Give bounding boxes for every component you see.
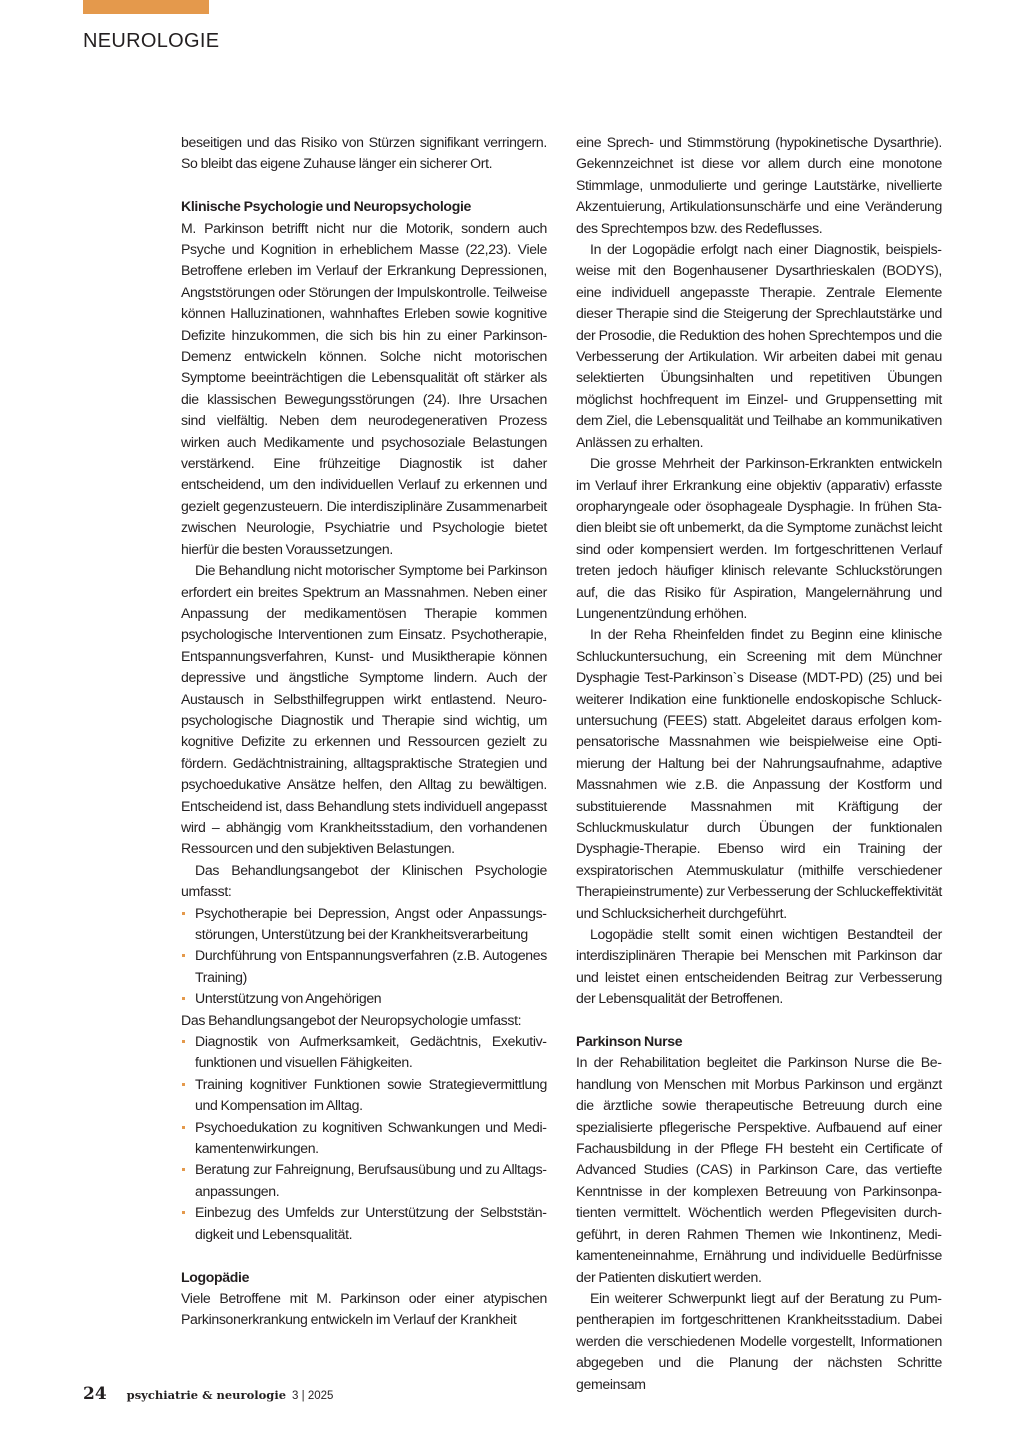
paragraph: In der Rehabilitation begleitet die Park… <box>576 1052 942 1287</box>
list-item: Beratung zur Fahreignung, Berufsausübung… <box>181 1159 547 1202</box>
list-klinische-psychologie: Psychotherapie bei Depression, Angst ode… <box>181 903 547 1010</box>
header-accent-bar <box>83 0 209 14</box>
paragraph: Ein weiterer Schwerpunkt liegt auf der B… <box>576 1288 942 1395</box>
heading-parkinson-nurse: Parkinson Nurse <box>576 1031 942 1052</box>
list-item: Durchführung von Entspannungsverfahren (… <box>181 945 547 988</box>
heading-klinische-psychologie: Klinische Psychologie und Neuropsycholog… <box>181 196 547 217</box>
paragraph: In der Reha Rheinfelden findet zu Beginn… <box>576 624 942 924</box>
paragraph: M. Parkinson betrifft nicht nur die Moto… <box>181 218 547 561</box>
paragraph: Das Behandlungsangebot der Klinischen Ps… <box>181 860 547 903</box>
heading-logopaedie: Logopädie <box>181 1267 547 1288</box>
list-item: Psychoedukation zu kognitiven Schwankung… <box>181 1117 547 1160</box>
paragraph: Viele Betroffene mit M. Parkinson oder e… <box>181 1288 547 1331</box>
list-neuropsychologie: Diagnostik von Aufmerksamkeit, Gedächtni… <box>181 1031 547 1245</box>
paragraph: In der Logopädie erfolgt nach einer Diag… <box>576 239 942 453</box>
page-footer: 24 psychiatrie & neurologie 3 | 2025 <box>83 1384 333 1404</box>
right-column: eine Sprech- und Stimmstörung (hypokinet… <box>576 132 942 1395</box>
list-item: Unterstützung von Angehörigen <box>181 988 547 1009</box>
journal-title: psychiatrie & neurologie <box>127 1388 286 1402</box>
page-number: 24 <box>83 1384 107 1404</box>
left-column: beseitigen und das Risiko von Stürzen si… <box>181 132 547 1331</box>
paragraph: Die Behandlung nicht motorischer Symptom… <box>181 560 547 860</box>
list-item: Psychotherapie bei Depression, Angst ode… <box>181 903 547 946</box>
list-item: Diagnostik von Aufmerksamkeit, Gedächtni… <box>181 1031 547 1074</box>
paragraph: beseitigen und das Risiko von Stürzen si… <box>181 132 547 175</box>
paragraph: Logopädie stellt somit einen wichtigen B… <box>576 924 942 1010</box>
issue-number: 3 | 2025 <box>292 1390 333 1402</box>
list-item: Training kognitiver Funktionen sowie Str… <box>181 1074 547 1117</box>
paragraph: Die grosse Mehrheit der Parkinson-Erkran… <box>576 453 942 624</box>
list-item: Einbezug des Umfelds zur Unterstützung d… <box>181 1202 547 1245</box>
paragraph: Das Behandlungsangebot der Neuropsycholo… <box>181 1010 547 1031</box>
section-label: NEUROLOGIE <box>83 30 219 53</box>
paragraph: eine Sprech- und Stimmstörung (hypokinet… <box>576 132 942 239</box>
